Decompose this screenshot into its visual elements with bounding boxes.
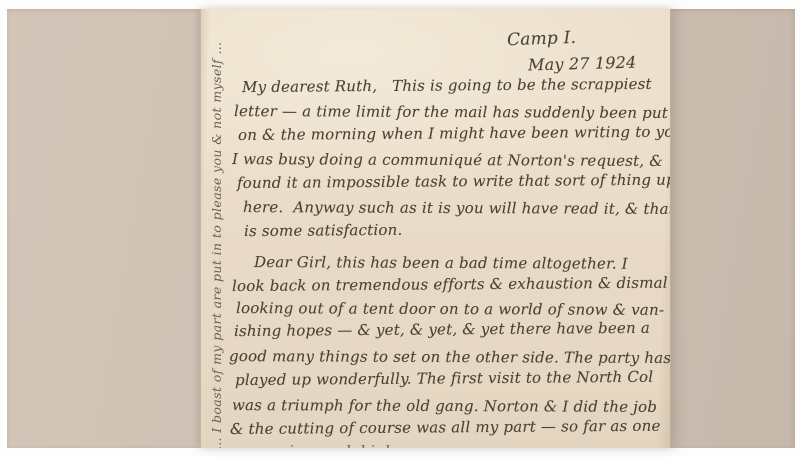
letter-line: look back on tremendous efforts & exhaus… xyxy=(232,274,668,295)
letter-line: My dearest Ruth, This is going to be the… xyxy=(242,75,652,96)
letter-line: played up wonderfully. The first visit t… xyxy=(235,368,653,389)
letter-photo-backdrop: Camp I. May 27 1924 My dearest Ruth, Thi… xyxy=(7,9,795,448)
letter-line: was a triumph for the old gang. Norton &… xyxy=(232,396,657,416)
letter-margin-note: … I boast of my part are put in to pleas… xyxy=(209,18,235,448)
letter-line: is some satisfaction. xyxy=(244,221,403,240)
letter-line: letter — a time limit for the mail has s… xyxy=(234,102,668,122)
letter-screenshot: Camp I. May 27 1924 My dearest Ruth, Thi… xyxy=(0,0,800,457)
letter-line: found it an impossible task to write tha… xyxy=(237,171,671,192)
letter-paper: Camp I. May 27 1924 My dearest Ruth, Thi… xyxy=(200,9,671,448)
letter-line: I was busy doing a communiqué at Norton'… xyxy=(232,150,663,170)
letter-line: Dear Girl, this has been a bad time alto… xyxy=(254,253,628,273)
letter-line: ishing hopes — & yet, & yet, & yet there… xyxy=(234,319,650,340)
letter-line: here. Anyway such as it is you will have… xyxy=(243,198,671,218)
letter-line: good many things to set on the other sid… xyxy=(229,347,671,367)
letter-line-cropped: can enjoy work high up xyxy=(237,442,419,448)
letter-line: on & the morning when I might have been … xyxy=(238,123,671,144)
letter-line: & the cutting of course was all my part … xyxy=(230,417,661,438)
letter-line: looking out of a tent door on to a world… xyxy=(236,299,664,319)
letter-heading-location: Camp I. xyxy=(507,28,577,50)
letter-heading-date: May 27 1924 xyxy=(528,53,637,75)
